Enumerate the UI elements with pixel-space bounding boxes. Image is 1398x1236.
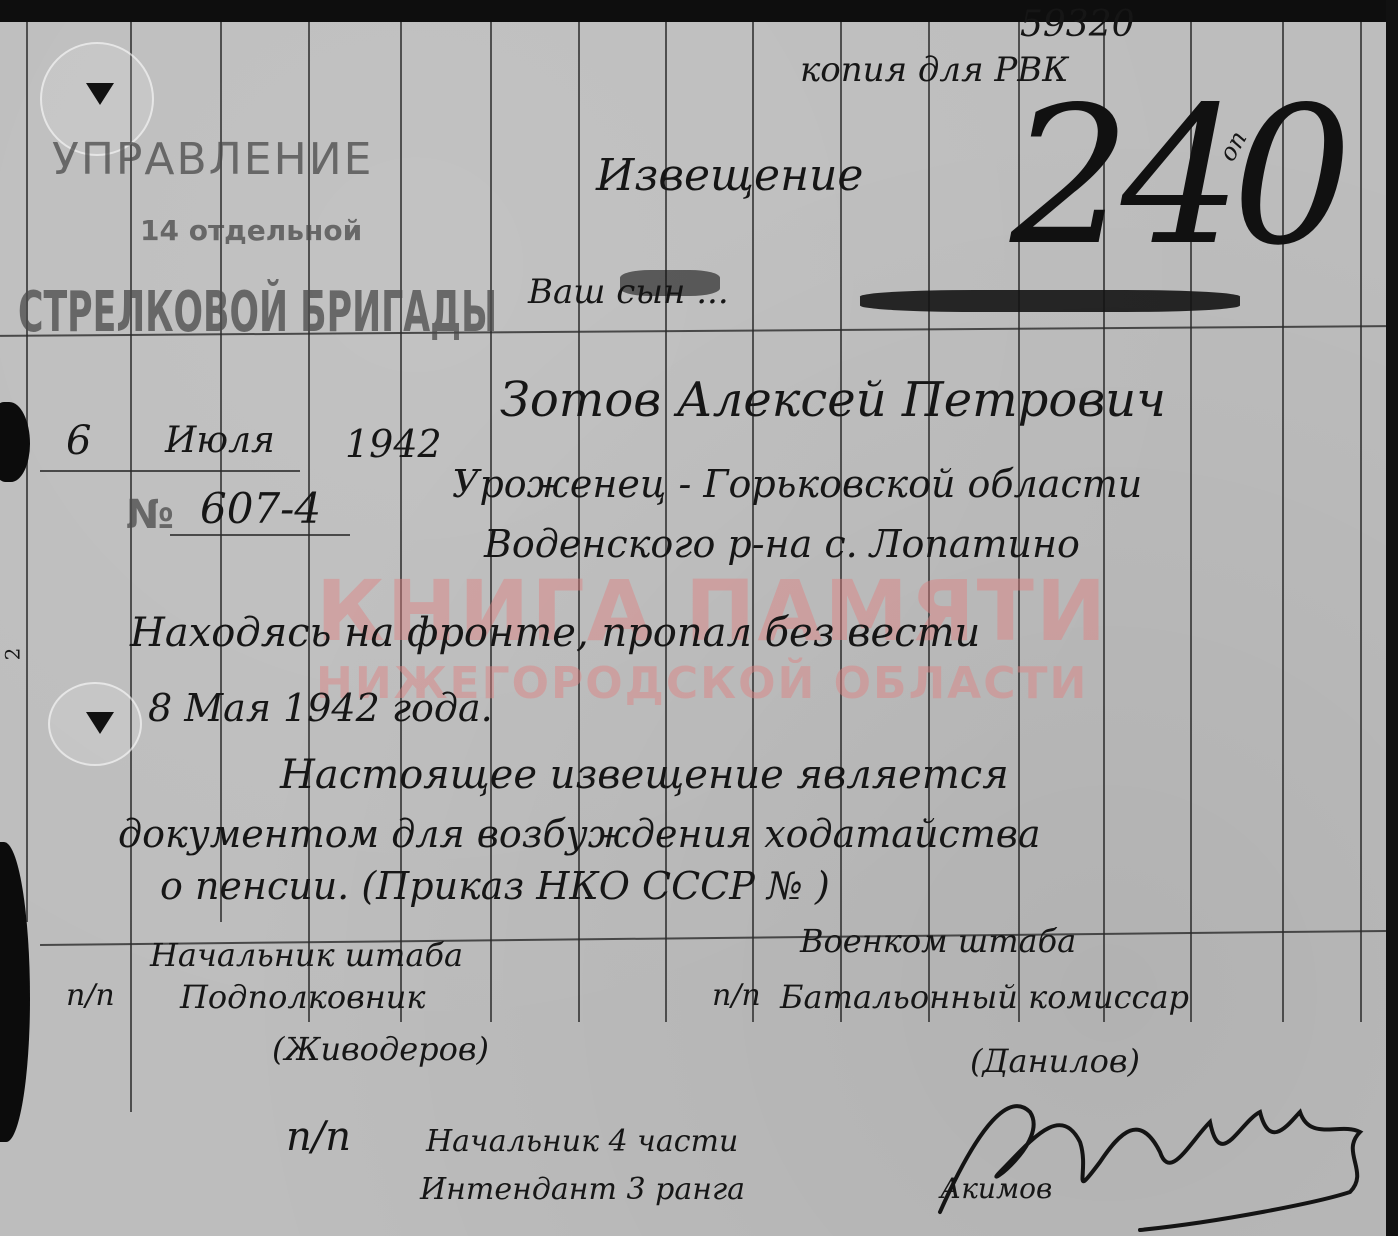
scan-right-edge xyxy=(1386,0,1398,1236)
date-day: 6 xyxy=(66,418,91,464)
origin-line-1: Уроженец - Горьковской области xyxy=(452,462,1142,506)
soldier-name: Зотов Алексей Петрович xyxy=(500,372,1166,428)
notice-line-3: о пенсии. (Приказ НКО СССР № ) xyxy=(160,864,830,908)
origin-line-2: Воденского р-на с. Лопатино xyxy=(484,522,1080,566)
ruling-line xyxy=(1360,22,1362,1022)
redaction-blot xyxy=(620,270,720,296)
date-year: 1942 xyxy=(345,422,442,466)
left-signer-title-2: Подполковник xyxy=(180,978,426,1016)
status-line-1: Находясь на фронте, пропал без вести xyxy=(130,610,980,656)
document-number: 607-4 xyxy=(200,484,321,533)
stamp-line-3: СТРЕЛКОВОЙ БРИГАДЫ xyxy=(18,280,497,345)
left-signer-name: (Живодеров) xyxy=(272,1030,489,1068)
right-signer-title-1: Военком штаба xyxy=(800,922,1076,960)
margin-mark: 2 xyxy=(0,648,24,661)
notice-line-2: документом для возбуждения ходатайства xyxy=(118,812,1041,856)
bottom-signer-title-2: Интендант 3 ранга xyxy=(420,1172,745,1207)
right-signer-name: (Данилов) xyxy=(970,1042,1140,1080)
right-signer-title-2: Батальонный комиссар xyxy=(780,978,1189,1016)
registration-number: 240 xyxy=(1010,82,1343,272)
bottom-signer-prefix: п/п xyxy=(286,1114,351,1160)
document-sheet: УПРАВЛЕНИЕ 14 отдельной СТРЕЛКОВОЙ БРИГА… xyxy=(0,22,1386,1236)
document-title: Извещение xyxy=(596,150,863,201)
archive-number: 59320 xyxy=(1020,4,1135,45)
ruling-line xyxy=(130,22,132,1112)
stamp-line-1: УПРАВЛЕНИЕ xyxy=(52,134,373,185)
status-line-2: 8 Мая 1942 года. xyxy=(148,686,493,730)
stamp-line-2: 14 отдельной xyxy=(140,214,362,247)
date-underline xyxy=(40,470,300,472)
date-month: Июля xyxy=(165,420,275,461)
bottom-signer-title-1: Начальник 4 части xyxy=(426,1124,738,1159)
punch-hole xyxy=(48,682,142,766)
right-signer-prefix: п/п xyxy=(712,978,761,1013)
redaction-blot xyxy=(860,290,1240,312)
number-underline xyxy=(170,534,350,536)
ruling-line xyxy=(26,22,28,922)
handwritten-signature xyxy=(920,1082,1380,1232)
left-signer-prefix: п/п xyxy=(66,978,115,1013)
left-signer-title-1: Начальник штаба xyxy=(150,936,463,974)
notice-line-1: Настоящее извещение является xyxy=(280,752,1009,798)
number-label: № xyxy=(126,492,174,538)
scan-top-edge xyxy=(0,0,1398,24)
